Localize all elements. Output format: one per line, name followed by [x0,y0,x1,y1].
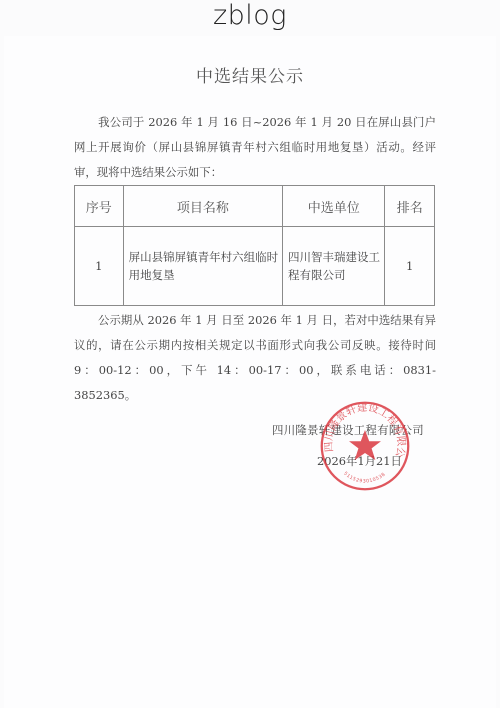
stamp-number-text: 5115293010538 [342,471,387,485]
cell-index: 1 [75,227,124,306]
header-rank: 排名 [385,186,435,227]
header-index: 序号 [75,186,124,227]
intro-paragraph: 我公司于 2026 年 1 月 16 日~2026 年 1 月 20 日在屏山县… [74,110,436,185]
star-icon [349,430,381,460]
document-title: 中选结果公示 [0,62,500,87]
notice-text: 公示期从 2026 年 1 月 日至 2026 年 1 月 日，若对中选结果有异… [74,313,436,402]
header-project-name: 项目名称 [123,186,282,227]
result-table: 序号 项目名称 中选单位 排名 1 屏山县锦屏镇青年村六组临时用地复垦 四川智丰… [74,185,435,306]
header-winning-company: 中选单位 [283,186,385,227]
company-seal-stamp: 四川隆景轩建设工程有限公司 5115293010538 [318,399,412,493]
table-header-row: 序号 项目名称 中选单位 排名 [75,186,435,227]
site-title[interactable]: zblog [0,0,500,34]
cell-project-name: 屏山县锦屏镇青年村六组临时用地复垦 [123,227,282,306]
table-row: 1 屏山县锦屏镇青年村六组临时用地复垦 四川智丰瑞建设工程有限公司 1 [75,227,435,306]
intro-text: 我公司于 2026 年 1 月 16 日~2026 年 1 月 20 日在屏山县… [74,115,436,179]
cell-winning-company: 四川智丰瑞建设工程有限公司 [283,227,385,306]
notice-paragraph: 公示期从 2026 年 1 月 日至 2026 年 1 月 日，若对中选结果有异… [74,308,436,408]
cell-rank: 1 [385,227,435,306]
